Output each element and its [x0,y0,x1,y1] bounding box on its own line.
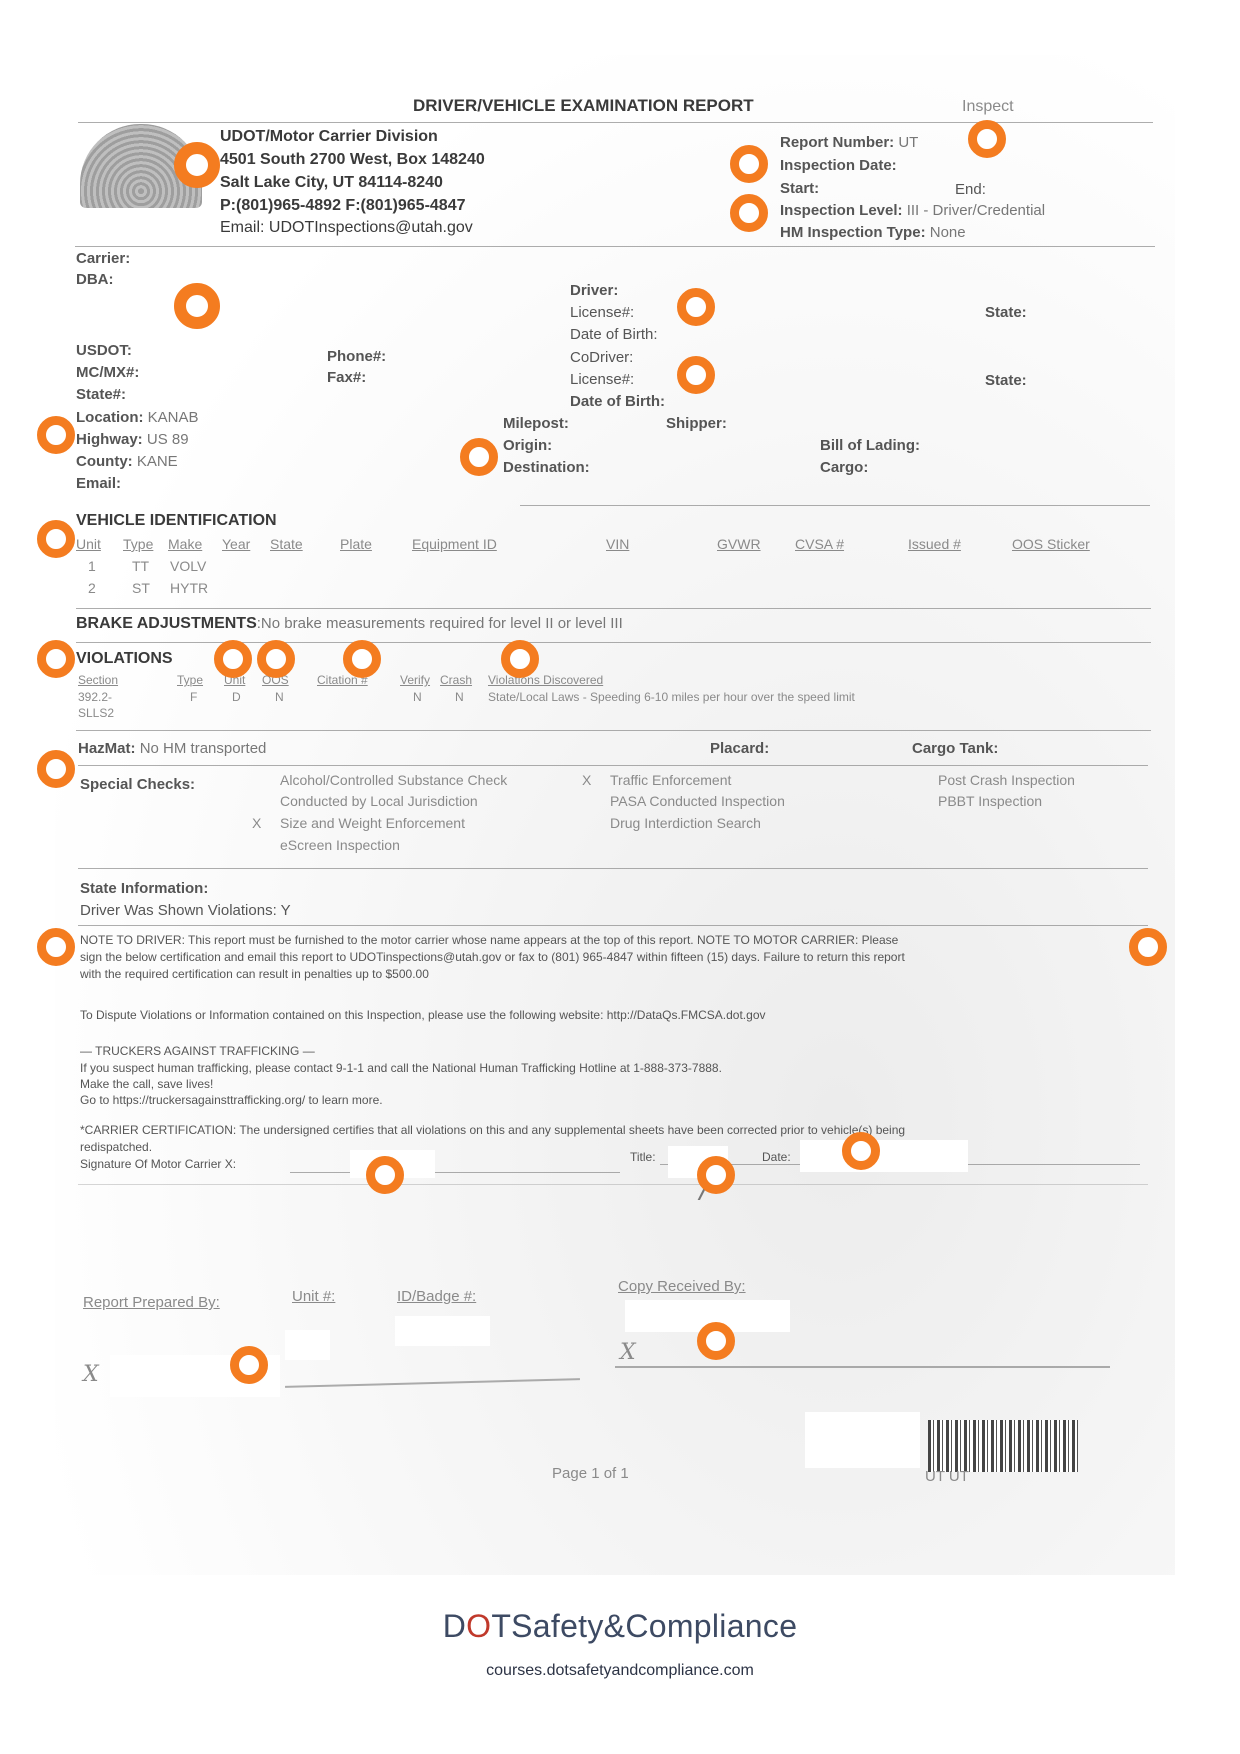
divider [76,730,1151,731]
page-number: Page 1 of 1 [552,1465,629,1482]
annotation-marker[interactable] [968,120,1006,158]
prepared-by-x: X [83,1362,99,1387]
redacted-badge [395,1316,490,1346]
driver-shown-violations: Driver Was Shown Violations: Y [80,902,291,919]
state-info-heading: State Information: [80,880,208,897]
dob-label: Date of Birth: [570,326,658,343]
agency-phone-fax: P:(801)965-4892 F:(801)965-4847 [220,197,465,215]
copy-received-x: X [620,1340,636,1365]
cargo-tank-label: Cargo Tank: [912,740,998,757]
signature-label: Signature Of Motor Carrier X: [80,1157,236,1171]
signature-line[interactable] [290,1172,620,1173]
cargo-label: Cargo: [820,459,868,476]
violation-column-header: Violations Discovered [488,673,603,687]
brand-logo-prefix: D [443,1608,466,1644]
license-label: License#: [570,304,634,321]
agency-name: UDOT/Motor Carrier Division [220,128,438,146]
mcmx-label: MC/MX#: [76,364,139,381]
agency-email: Email: UDOTInspections@utah.gov [220,219,473,237]
origin-label: Origin: [503,437,552,454]
agency-address1: 4501 South 2700 West, Box 148240 [220,151,485,169]
phone-label: Phone#: [327,348,386,365]
violation-column-header: Verify [400,673,430,687]
special-check-item: Drug Interdiction Search [610,815,761,831]
location-value: KANAB [148,409,199,426]
annotation-marker[interactable] [37,640,75,678]
annotation-marker[interactable] [460,438,498,476]
violation-oos: N [275,690,284,704]
carrier-label: Carrier: [76,250,130,267]
annotation-marker[interactable] [214,640,252,678]
annotation-marker[interactable] [697,1156,735,1194]
annotation-marker[interactable] [677,288,715,326]
annotation-marker[interactable] [842,1132,880,1170]
tat-line-3: Go to https://truckersagainsttrafficking… [80,1093,383,1107]
check-mark: X [582,772,591,788]
special-check-item: PASA Conducted Inspection [610,793,785,809]
milepost-label: Milepost: [503,415,569,432]
report-number-label: Report Number: [780,134,894,151]
divider [76,608,1151,609]
annotation-marker[interactable] [677,356,715,394]
codriver-label: CoDriver: [570,349,633,366]
annotation-marker[interactable] [257,640,295,678]
inspection-level-label: Inspection Level: [780,202,903,219]
annotation-marker[interactable] [730,145,768,183]
vehicle-type: ST [132,580,150,596]
note-line-2: sign the below certification and email t… [80,950,905,964]
inspection-level-value: III - Driver/Credential [907,202,1045,219]
annotation-marker[interactable] [501,640,539,678]
end-label: End: [955,181,986,198]
co-license-label: License#: [570,371,634,388]
vehicle-column-header: Unit [76,536,101,552]
divider [78,868,1148,869]
location-label: Location: [76,409,144,426]
annotation-marker[interactable] [37,520,75,558]
violation-column-header: Crash [440,673,472,687]
redacted-unit [285,1330,330,1360]
special-check-item: eScreen Inspection [280,837,400,853]
placard-label: Placard: [710,740,769,757]
barcode-caption: UT UT [925,1468,969,1485]
check-mark: X [252,815,261,831]
codriver-state-label: State: [985,372,1027,389]
violation-unit: D [232,690,241,704]
cert-line-1: *CARRIER CERTIFICATION: The undersigned … [80,1123,905,1137]
destination-label: Destination: [503,459,590,476]
tat-line-1: If you suspect human trafficking, please… [80,1061,722,1075]
divider [520,505,1150,506]
divider [78,925,1148,926]
vehicle-column-header: CVSA # [795,536,844,552]
violation-section: 392.2- [78,690,112,704]
vehicle-make: VOLV [170,558,206,574]
special-check-item: PBBT Inspection [938,793,1042,809]
vehicle-id-heading: VEHICLE IDENTIFICATION [76,512,277,530]
vehicle-unit: 1 [88,558,96,574]
dispute-note: To Dispute Violations or Information con… [80,1008,766,1022]
county-label: County: [76,453,133,470]
cert-line-2: redispatched. [80,1140,152,1154]
tat-line-2: Make the call, save lives! [80,1077,213,1091]
vehicle-column-header: Issued # [908,536,961,552]
redacted-report-number [805,1412,920,1468]
annotation-marker[interactable] [366,1156,404,1194]
violation-description: State/Local Laws - Speeding 6-10 miles p… [488,690,855,704]
tat-heading: — TRUCKERS AGAINST TRAFFICKING — [80,1044,315,1058]
copy-received-label: Copy Received By: [618,1278,746,1295]
report-title: DRIVER/VEHICLE EXAMINATION REPORT [413,96,754,116]
vehicle-column-header: GVWR [717,536,761,552]
dba-label: DBA: [76,271,114,288]
highway-label: Highway: [76,431,143,448]
shield-icon: O [466,1608,491,1644]
vehicle-column-header: Make [168,536,202,552]
shipper-label: Shipper: [666,415,727,432]
violation-column-header: Type [177,673,203,687]
annotation-marker[interactable] [230,1346,268,1384]
annotation-marker[interactable] [37,750,75,788]
annotation-marker[interactable] [174,283,220,329]
agency-address2: Salt Lake City, UT 84114-8240 [220,174,443,192]
violation-type: F [190,690,197,704]
vehicle-type: TT [132,558,149,574]
bill-of-lading-label: Bill of Lading: [820,437,920,454]
hazmat-label: HazMat: [78,740,136,757]
state-number-label: State#: [76,386,126,403]
annotation-marker[interactable] [37,416,75,454]
vehicle-column-header: Plate [340,536,372,552]
vehicle-column-header: OOS Sticker [1012,536,1090,552]
violation-crash: N [455,690,464,704]
date-label: Date: [762,1150,791,1164]
redacted-date [800,1140,968,1172]
special-check-item: Alcohol/Controlled Substance Check [280,772,507,788]
unit-label: Unit #: [292,1288,335,1305]
note-line-1: NOTE TO DRIVER: This report must be furn… [80,933,898,947]
copy-received-signature-line[interactable] [615,1366,1110,1368]
vehicle-column-header: Year [222,536,250,552]
driver-state-label: State: [985,304,1027,321]
badge-label: ID/Badge #: [397,1288,476,1305]
inspect-label: Inspect [962,98,1014,116]
barcode [928,1420,1078,1472]
violation-section: SLLS2 [78,706,114,720]
vehicle-unit: 2 [88,580,96,596]
vehicle-column-header: VIN [606,536,629,552]
prepared-by-label: Report Prepared By: [83,1294,220,1311]
note-line-3: with the required certification can resu… [80,967,429,981]
annotation-marker[interactable] [697,1322,735,1360]
brake-text: :No brake measurements required for leve… [257,615,623,632]
report-number-value: UT [898,134,918,151]
brake-heading: BRAKE ADJUSTMENTS [76,615,257,632]
annotation-marker[interactable] [174,142,220,188]
special-check-item: Traffic Enforcement [610,772,731,788]
annotation-marker[interactable] [343,640,381,678]
co-dob-label: Date of Birth: [570,393,665,410]
title-label: Title: [630,1150,656,1164]
highway-value: US 89 [147,431,189,448]
county-value: KANE [137,453,178,470]
violation-column-header: Section [78,673,118,687]
brand-url[interactable]: courses.dotsafetyandcompliance.com [0,1662,1240,1680]
divider [75,246,1155,247]
special-checks-label: Special Checks: [80,776,195,793]
divider [78,1184,1148,1185]
vehicle-column-header: Type [123,536,153,552]
vehicle-column-header: Equipment ID [412,536,497,552]
driver-label: Driver: [570,282,618,299]
special-check-item: Post Crash Inspection [938,772,1075,788]
annotation-marker[interactable] [37,928,75,966]
hazmat-value: No HM transported [140,740,267,757]
special-check-item: Conducted by Local Jurisdiction [280,793,478,809]
inspection-date-label: Inspection Date: [780,157,897,174]
vehicle-column-header: State [270,536,303,552]
divider [78,765,1148,766]
brand-logo: DOTSafety&Compliance [0,1608,1240,1645]
brand-logo-suffix: TSafety&Compliance [491,1608,797,1644]
violation-verify: N [413,690,422,704]
usdot-label: USDOT: [76,342,132,359]
hm-type-value: None [930,224,966,241]
start-label: Start: [780,180,819,197]
vehicle-make: HYTR [170,580,208,596]
fax-label: Fax#: [327,369,366,386]
annotation-marker[interactable] [1129,928,1167,966]
violations-heading: VIOLATIONS [76,650,173,668]
annotation-marker[interactable] [730,194,768,232]
carrier-email-label: Email: [76,475,121,492]
special-check-item: Size and Weight Enforcement [280,815,465,831]
hm-type-label: HM Inspection Type: [780,224,926,241]
